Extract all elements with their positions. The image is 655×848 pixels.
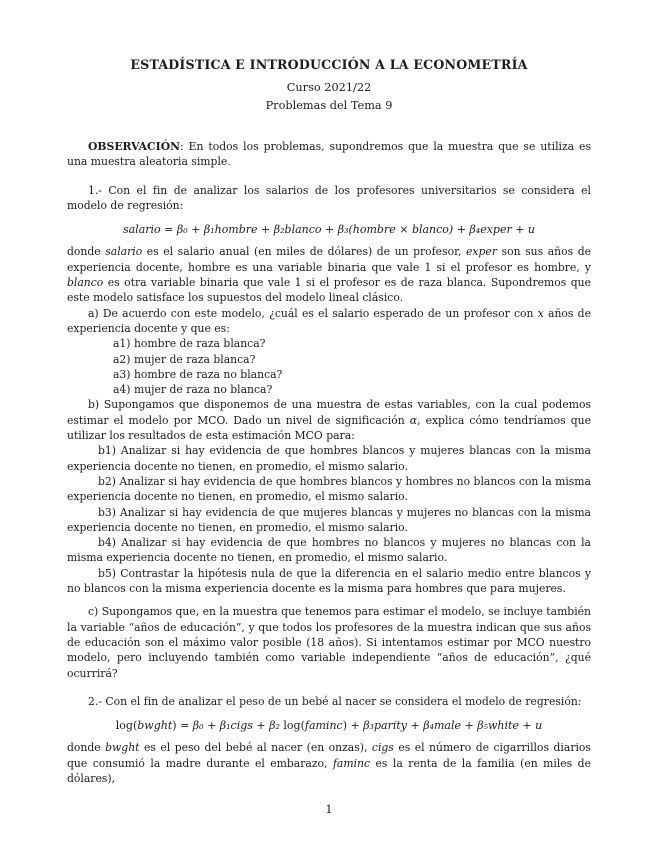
problem1-intro: 1.- Con el fin de analizar los salarios … (67, 183, 591, 214)
observation-paragraph: OBSERVACIÓN: En todos los problemas, sup… (67, 139, 591, 170)
list-item-a3: a3) hombre de raza no blanca? (113, 367, 591, 382)
topic-line: Problemas del Tema 9 (67, 97, 591, 115)
document-page: ESTADÍSTICA E INTRODUCCIÓN A LA ECONOMET… (0, 0, 655, 848)
course-line: Curso 2021/22 (67, 79, 591, 97)
list-item-b1: b1) Analizar si hay evidencia de que hom… (67, 443, 591, 474)
list-item-a2: a2) mujer de raza blanca? (113, 352, 591, 367)
document-title: ESTADÍSTICA E INTRODUCCIÓN A LA ECONOMET… (67, 56, 591, 73)
document-header: ESTADÍSTICA E INTRODUCCIÓN A LA ECONOMET… (67, 56, 591, 114)
problem1-variable-definitions: donde salario es el salario anual (en mi… (67, 244, 591, 305)
list-item-b2: b2) Analizar si hay evidencia de que hom… (67, 474, 591, 505)
list-item-b4: b4) Analizar si hay evidencia de que hom… (67, 535, 591, 566)
problem1-part-a-intro: a) De acuerdo con este modelo, ¿cuál es … (67, 306, 591, 337)
problem1-part-a-items: a1) hombre de raza blanca? a2) mujer de … (113, 336, 591, 397)
list-item-a4: a4) mujer de raza no blanca? (113, 382, 591, 397)
page-number: 1 (67, 803, 591, 816)
problem1-part-b-intro: b) Supongamos que disponemos de una mues… (67, 397, 591, 443)
problem1-part-c: c) Supongamos que, en la muestra que ten… (67, 604, 591, 680)
list-item-b3: b3) Analizar si hay evidencia de que muj… (67, 505, 591, 536)
list-item-a1: a1) hombre de raza blanca? (113, 336, 591, 351)
problem2-regression-formula: log(bwght) = β₀ + β₁cigs + β₂ log(faminc… (67, 718, 591, 733)
problem1-regression-formula: salario = β₀ + β₁hombre + β₂blanco + β₃(… (67, 222, 591, 237)
list-item-b5: b5) Contrastar la hipótesis nula de que … (67, 566, 591, 597)
problem2-intro: 2.- Con el fin de analizar el peso de un… (67, 694, 591, 709)
problem2-variable-definitions: donde bwght es el peso del bebé al nacer… (67, 740, 591, 786)
